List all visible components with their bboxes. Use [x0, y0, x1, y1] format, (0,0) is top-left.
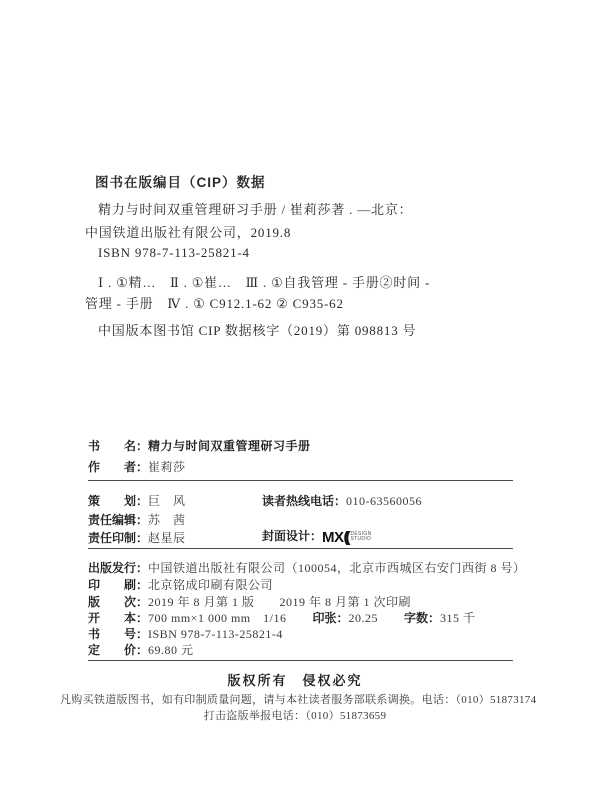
cover-design-label: 封面设计： [262, 527, 322, 544]
sheets-value: 20.25 [348, 611, 378, 625]
book-author-label: 作 者： [88, 458, 148, 475]
editor-name: 苏 茜 [148, 513, 186, 527]
edition-row: 版 次：2019 年 8 月第 1 版 2019 年 8 月第 1 次印刷 [88, 593, 528, 610]
printer-row: 印 刷：北京铭成印刷有限公司 [88, 576, 528, 593]
editor-row: 责任编辑：苏 茜 [88, 511, 528, 528]
mxc-logo-mark-icon: (( [344, 529, 348, 546]
mxc-logo-subtext: DESIGNSTUDIO [351, 532, 372, 543]
isbn-row: 书 号：ISBN 978-7-113-25821-4 [88, 625, 528, 642]
book-author: 崔莉莎 [148, 460, 186, 474]
publisher-row: 出版发行：中国铁道出版社有限公司（100054，北京市西城区右安门西街 8 号） [88, 559, 528, 576]
book-title-label: 书 名： [88, 437, 148, 454]
format-info: 700 mm×1 000 mm 1/16 [148, 611, 286, 625]
edition-label: 版 次： [88, 593, 148, 610]
words-label: 字数： [404, 609, 440, 626]
isbn-value: ISBN 978-7-113-25821-4 [148, 627, 283, 641]
print-supervisor-name: 赵星辰 [148, 531, 186, 545]
hotline-number: 010-63560056 [346, 494, 422, 508]
price-label: 定 价： [88, 641, 148, 658]
sheets-label: 印张： [312, 609, 348, 626]
book-author-row: 作 者：崔莉莎 [88, 458, 528, 475]
divider-line-3 [88, 660, 513, 661]
publisher-name: 中国铁道出版社有限公司（100054，北京市西城区右安门西街 8 号） [148, 561, 526, 575]
edition-info: 2019 年 8 月第 1 版 2019 年 8 月第 1 次印刷 [148, 595, 411, 609]
cip-record-line-1: 精力与时间双重管理研习手册 / 崔莉莎著 . —北京： [85, 199, 525, 218]
cover-design-row: 封面设计：MX((DESIGNSTUDIO [262, 527, 591, 546]
mxc-logo-text: MX [322, 529, 344, 546]
cip-registration-number: 中国版本图书馆 CIP 数据核字（2019）第 098813 号 [85, 320, 525, 339]
service-contact-line: 凡购买铁道版图书，如有印制质量问题，请与本社读者服务部联系调换。电话：（010）… [60, 691, 530, 707]
print-supervisor-label: 责任印制： [88, 529, 148, 546]
copyright-notice: 版权所有 侵权必究 [60, 670, 530, 689]
editor-label: 责任编辑： [88, 511, 148, 528]
cip-heading: 图书在版编目（CIP）数据 [95, 171, 266, 191]
book-copyright-page: 图书在版编目（CIP）数据 精力与时间双重管理研习手册 / 崔莉莎著 . —北京… [0, 0, 591, 799]
planner-label: 策 划： [88, 492, 148, 509]
format-row: 开 本：700 mm×1 000 mm 1/16印张：20.25字数：315 千 [88, 609, 528, 626]
price-row: 定 价：69.80 元 [88, 641, 528, 658]
printer-name: 北京铭成印刷有限公司 [148, 578, 273, 592]
cip-classification-line-1: Ⅰ . ①精… Ⅱ . ①崔… Ⅲ . ①自我管理 - 手册②时间 - [85, 272, 525, 291]
cip-classification-line-2: 管理 - 手册 Ⅳ . ① C912.1-62 ② C935-62 [85, 293, 525, 312]
hotline-label: 读者热线电话： [262, 492, 346, 509]
isbn-label: 书 号： [88, 625, 148, 642]
planner-name: 巨 风 [148, 494, 186, 508]
words-value: 315 千 [440, 611, 476, 625]
divider-line-2 [88, 548, 513, 549]
divider-line-1 [88, 480, 513, 481]
printer-label: 印 刷： [88, 576, 148, 593]
format-label: 开 本： [88, 609, 148, 626]
hotline-row: 读者热线电话：010-63560056 [262, 492, 591, 509]
book-title: 精力与时间双重管理研习手册 [148, 439, 311, 453]
cover-design-logo: MX((DESIGNSTUDIO [322, 529, 371, 546]
cip-record-line-2: 中国铁道出版社有限公司，2019.8 [85, 222, 525, 241]
price-value: 69.80 元 [148, 643, 194, 657]
book-title-row: 书 名：精力与时间双重管理研习手册 [88, 437, 528, 454]
anti-piracy-line: 打击盗版举报电话：（010）51873659 [60, 707, 530, 723]
cip-record-isbn: ISBN 978-7-113-25821-4 [85, 245, 525, 261]
publisher-label: 出版发行： [88, 559, 148, 576]
